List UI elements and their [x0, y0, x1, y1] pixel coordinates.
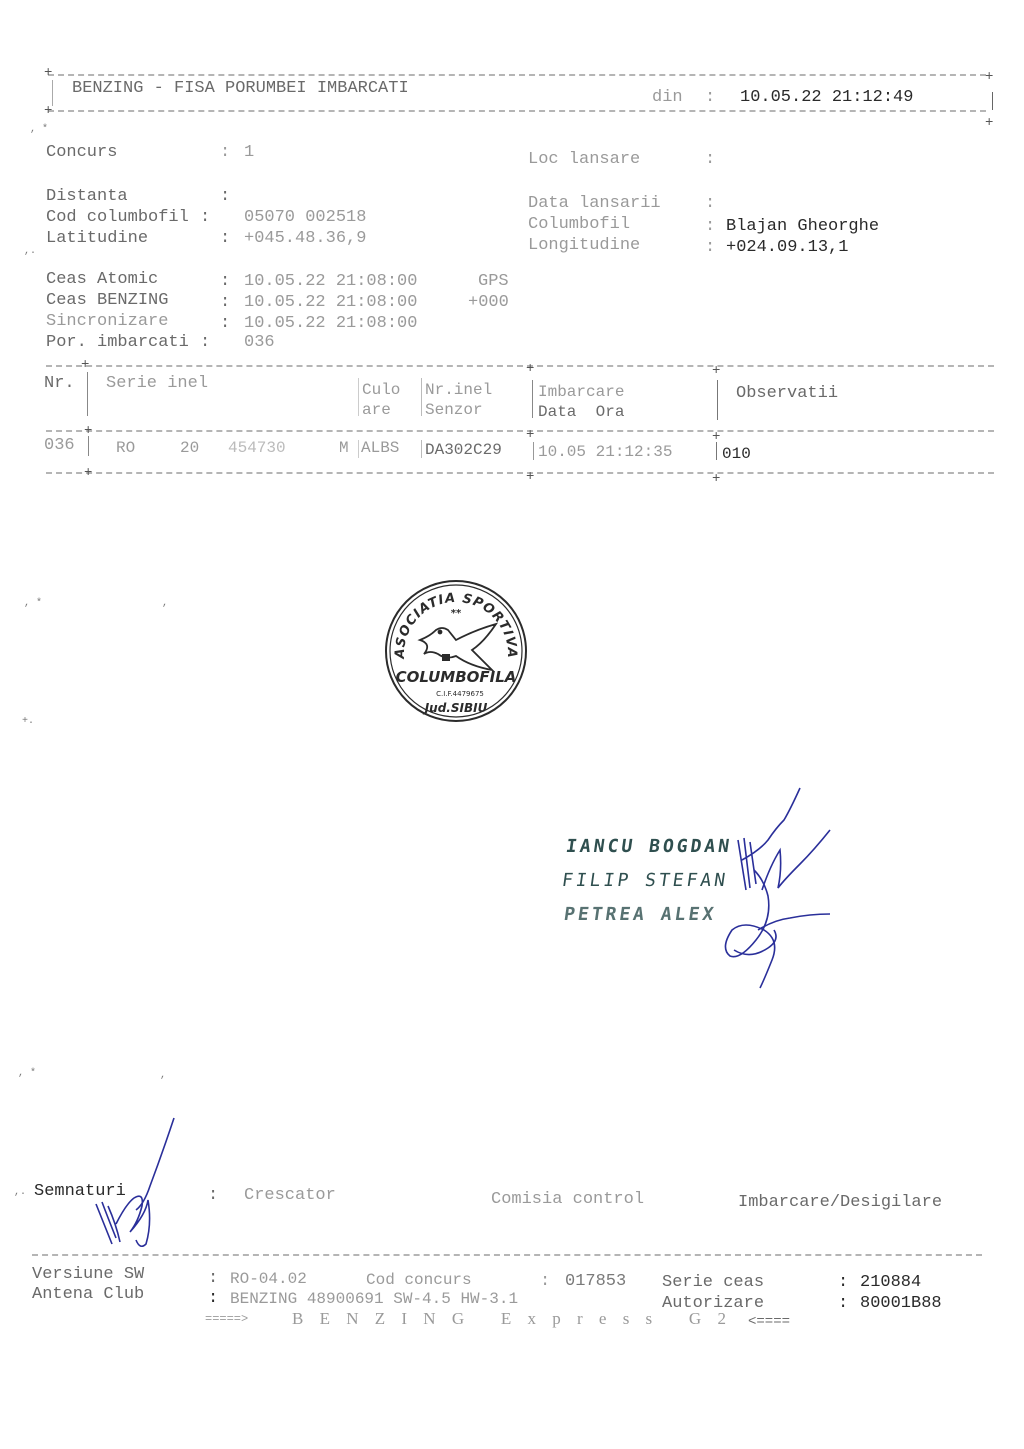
col-divider — [88, 436, 89, 456]
print-datetime: 10.05.22 21:12:49 — [740, 88, 913, 108]
commission-name-2: FILIP STEFAN — [561, 870, 730, 891]
commission-name-3: PETREA ALEX — [563, 904, 718, 925]
corner-mark: + — [44, 66, 52, 80]
ring-sex: M — [339, 438, 349, 458]
table-header-separator — [46, 430, 994, 432]
ceas-benzing-value: 10.05.22 21:08:00 — [244, 293, 417, 313]
colon: : — [540, 1272, 550, 1292]
cod-columbofil-value: 05070 002518 — [244, 208, 366, 228]
col-header-culoare-1: Culo — [362, 380, 400, 400]
col-divider — [532, 380, 533, 418]
colon: : — [705, 88, 715, 108]
longitudine-value: +024.09.13,1 — [726, 238, 848, 258]
col-header-observatii: Observatii — [736, 384, 838, 404]
colon: : — [200, 208, 210, 228]
ceas-benzing-label: Ceas BENZING — [46, 291, 168, 311]
colon: : — [838, 1273, 848, 1293]
row-imbarcare: 10.05 21:12:35 — [538, 442, 672, 462]
scan-speck: ,. — [24, 246, 36, 257]
table-bottom-border — [46, 472, 994, 474]
cod-concurs-label: Cod concurs — [366, 1270, 472, 1290]
serie-ceas-value: 210884 — [860, 1273, 921, 1293]
col-header-nr-inel: Nr.inel — [425, 380, 492, 400]
svg-text:ASOCIATIA SPORTIVA: ASOCIATIA SPORTIVA — [393, 591, 519, 660]
versiune-label: Versiune SW — [32, 1265, 144, 1285]
corner-mark: + — [985, 70, 993, 84]
columbofil-label: Columbofil — [528, 215, 630, 235]
antena-label: Antena Club — [32, 1285, 144, 1305]
loc-lansare-label: Loc lansare — [528, 150, 640, 170]
scan-speck: , * — [18, 1068, 36, 1079]
stamp-bottom-text: Jud.SIBIU — [423, 701, 488, 715]
col-header-senzor: Senzor — [425, 400, 483, 420]
longitudine-label: Longitudine — [528, 236, 640, 256]
col-header-nr: Nr. — [44, 374, 75, 394]
latitudine-label: Latitudine — [46, 229, 148, 249]
sincronizare-value: 10.05.22 21:08:00 — [244, 314, 417, 334]
col-divider — [717, 380, 718, 420]
header-top-border — [48, 74, 986, 76]
document-title: BENZING - FISA PORUMBEI IMBARCATI — [72, 79, 409, 99]
colon: : — [220, 314, 230, 334]
concurs-value: 1 — [244, 143, 254, 163]
col-divider — [421, 378, 422, 416]
row-observatii: 010 — [722, 444, 751, 464]
colon: : — [220, 293, 230, 313]
stamp-top-text: ASOCIATIA SPORTIVA — [393, 591, 519, 660]
colon: : — [220, 272, 230, 292]
autorizare-value: 80001B88 — [860, 1294, 942, 1314]
header-right-border — [992, 92, 993, 110]
corner-mark: + — [526, 470, 534, 484]
commission-signature — [720, 780, 850, 995]
colon: : — [200, 333, 210, 353]
cod-concurs-value: 017853 — [565, 1272, 626, 1292]
col-header-culoare-2: are — [362, 400, 391, 420]
stamp-stars: ** — [451, 608, 462, 619]
col-divider — [358, 378, 359, 416]
comisia-control-label: Comisia control — [491, 1190, 644, 1210]
row-nr: 036 — [44, 436, 75, 456]
corner-mark: + — [84, 466, 92, 480]
date-label: din — [652, 88, 683, 108]
imbarcare-desigilare-label: Imbarcare/Desigilare — [738, 1193, 942, 1213]
colon: : — [705, 238, 715, 258]
colon: : — [220, 229, 230, 249]
versiune-value: RO-04.02 — [230, 1269, 307, 1289]
colon: : — [220, 187, 230, 207]
columbofil-name: Blajan Gheorghe — [726, 217, 879, 237]
row-senzor: DA302C29 — [425, 440, 502, 460]
row-culoare: ALBS — [361, 438, 399, 458]
colon: : — [705, 194, 715, 214]
antena-value: BENZING 48900691 SW-4.5 HW-3.1 — [230, 1289, 518, 1309]
col-header-imbarcare: Imbarcare — [538, 382, 624, 402]
ceas-atomic-label: Ceas Atomic — [46, 270, 158, 290]
commission-name-1: IANCU BOGDAN — [565, 836, 734, 857]
scan-speck: , * — [30, 124, 48, 135]
col-divider — [421, 440, 422, 458]
ring-number: 454730 — [228, 438, 286, 458]
dove-icon — [420, 624, 496, 670]
col-divider — [533, 442, 534, 460]
col-header-serie-inel: Serie inel — [106, 374, 208, 394]
scan-speck: , — [160, 1070, 166, 1081]
scan-speck: , * — [24, 598, 42, 609]
banner-left-arrow: =====> — [205, 1309, 248, 1329]
ceas-atomic-value: 10.05.22 21:08:00 — [244, 272, 417, 292]
header-left-border — [52, 80, 53, 106]
sincronizare-label: Sincronizare — [46, 312, 168, 332]
ring-country: RO — [116, 438, 135, 458]
scan-speck: ,. — [14, 1187, 26, 1198]
header-bottom-border — [48, 110, 986, 112]
stamp-center-text: COLUMBOFILA — [396, 668, 517, 686]
banner-right-arrow: <==== — [748, 1312, 790, 1332]
corner-mark: + — [712, 364, 720, 378]
colon: : — [705, 150, 715, 170]
data-lansarii-label: Data lansarii — [528, 194, 661, 214]
breeder-signature — [86, 1114, 186, 1254]
cod-columbofil-label: Cod columbofil — [46, 208, 189, 228]
ceas-atomic-extra: GPS — [478, 272, 509, 292]
corner-mark: + — [526, 362, 534, 376]
distanta-label: Distanta — [46, 187, 128, 207]
colon: : — [208, 1289, 218, 1309]
association-stamp: ASOCIATIA SPORTIVA ** COLUMBOFILA C.I.F.… — [380, 578, 532, 724]
table-top-border — [46, 365, 994, 367]
scan-speck: +. — [22, 716, 34, 727]
footer-top-border — [32, 1254, 982, 1256]
stamp-cif: C.I.F.4479675 — [436, 690, 484, 698]
por-imbarcati-value: 036 — [244, 333, 275, 353]
colon: : — [208, 1269, 218, 1289]
corner-mark: + — [81, 358, 89, 372]
col-divider — [87, 372, 88, 416]
col-divider — [716, 442, 717, 460]
colon: : — [705, 217, 715, 237]
col-divider — [358, 440, 359, 458]
colon: : — [838, 1294, 848, 1314]
por-imbarcati-label: Por. imbarcati — [46, 333, 189, 353]
concurs-label: Concurs — [46, 143, 117, 163]
corner-mark: + — [526, 428, 534, 442]
colon: : — [220, 143, 230, 163]
scan-speck: , — [162, 598, 168, 609]
ring-year: 20 — [180, 438, 199, 458]
banner-text: B E N Z I N G E x p r e s s G 2 — [292, 1309, 732, 1329]
corner-mark: + — [712, 472, 720, 486]
latitudine-value: +045.48.36,9 — [244, 229, 366, 249]
ceas-benzing-extra: +000 — [468, 293, 509, 313]
colon: : — [208, 1186, 218, 1206]
corner-mark: + — [44, 104, 52, 118]
corner-mark: + — [985, 116, 993, 130]
col-header-data-ora: Data Ora — [538, 402, 624, 422]
serie-ceas-label: Serie ceas — [662, 1273, 764, 1293]
crescator-label: Crescator — [244, 1186, 336, 1206]
